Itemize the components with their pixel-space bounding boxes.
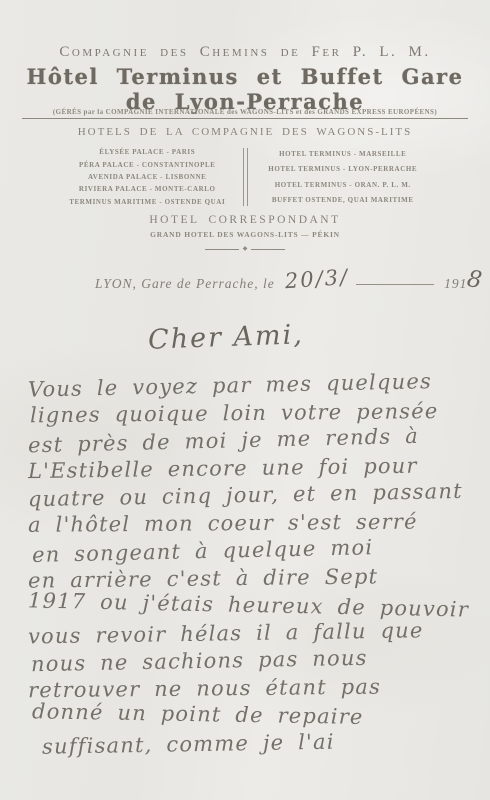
column-divider-rule <box>243 148 248 206</box>
hotel-item: PÉRA PALACE - CONSTANTINOPLE <box>58 161 237 169</box>
ornament-rule-right <box>251 249 285 250</box>
hotel-item: HOTEL TERMINUS - MARSEILLE <box>254 150 433 158</box>
diamond-ornament-icon: ◆ <box>243 246 248 252</box>
salutation: Cher Ami, <box>148 319 305 355</box>
handwritten-date: 20/3/ <box>284 265 350 293</box>
correspondent-hotel: GRAND HOTEL DES WAGONS-LITS — PÉKIN <box>0 230 490 239</box>
hotel-item: RIVIERA PALACE - MONTE-CARLO <box>58 185 237 193</box>
hotel-item: ÉLYSÉE PALACE - PARIS <box>58 148 237 156</box>
hotels-column-left: ÉLYSÉE PALACE - PARIS PÉRA PALACE - CONS… <box>58 146 237 208</box>
hotels-column-right: HOTEL TERMINUS - MARSEILLE HOTEL TERMINU… <box>254 146 433 208</box>
managed-by-line: (GÉRÉS par la COMPAGNIE INTERNATIONALE d… <box>0 108 490 116</box>
ornament-rule-left <box>205 249 239 250</box>
handwritten-year-digit: 8 <box>466 266 485 294</box>
correspondent-heading: HOTEL CORRESPONDANT <box>0 214 490 226</box>
divider-ornament: ◆ <box>0 246 490 252</box>
hotel-item: BUFFET OSTENDE, QUAI MARITIME <box>254 196 433 204</box>
dateline-printed-prefix: LYON, Gare de Perrache, le <box>95 276 275 291</box>
dateline-blank-rule <box>356 284 434 285</box>
hotels-columns: ÉLYSÉE PALACE - PARIS PÉRA PALACE - CONS… <box>58 146 432 208</box>
handwritten-line: suffisant, comme je l'ai <box>42 726 468 761</box>
printed-year: 191 <box>444 276 467 291</box>
hotel-item: HOTEL TERMINUS - LYON-PERRACHE <box>254 165 433 173</box>
company-name: Compagnie des Chemins de Fer P. L. M. <box>0 44 490 61</box>
hotel-item: TERMINUS MARITIME - OSTENDE QUAI <box>58 198 237 206</box>
letter-body: Vous le voyez par mes quelques lignes qu… <box>28 372 468 757</box>
hotel-item: HOTEL TERMINUS - ORAN. P. L. M. <box>254 181 433 189</box>
hotel-item: AVENIDA PALACE - LISBONNE <box>58 173 237 181</box>
dateline: LYON, Gare de Perrache, le 20/3/ 1918 <box>95 268 470 302</box>
hotels-list-heading: HOTELS DE LA COMPAGNIE DES WAGONS-LITS <box>0 126 490 138</box>
letter-page: Compagnie des Chemins de Fer P. L. M. Hô… <box>0 0 490 800</box>
